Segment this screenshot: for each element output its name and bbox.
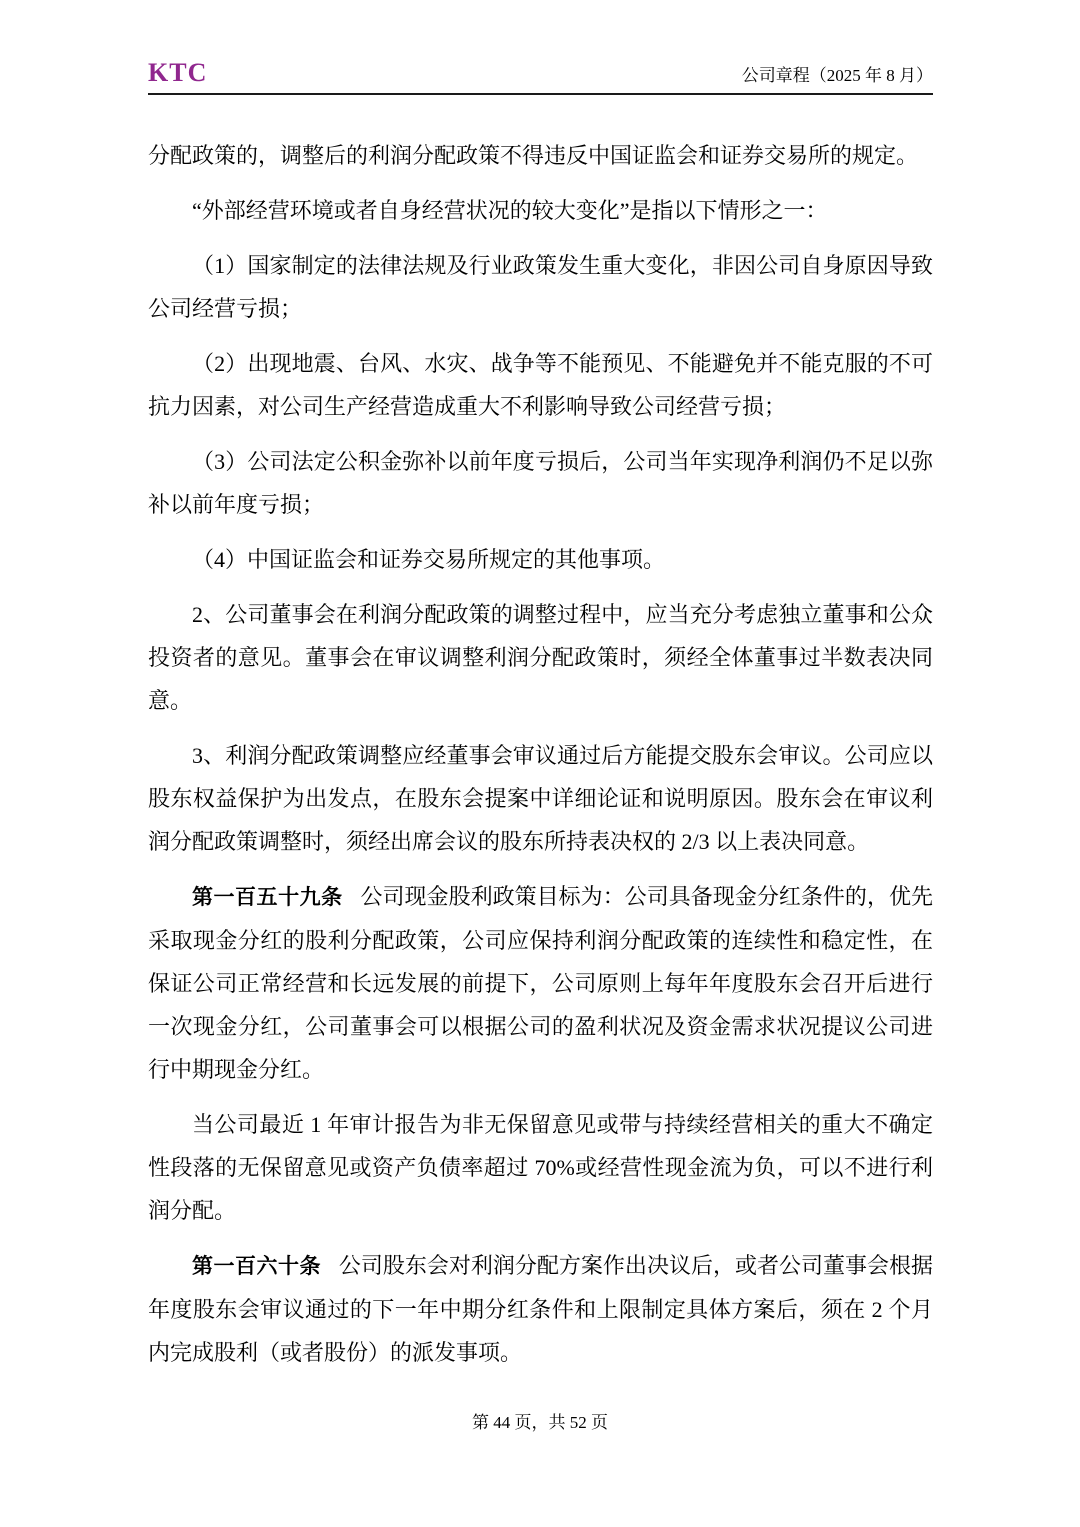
paragraph-text: 分配政策的，调整后的利润分配政策不得违反中国证监会和证券交易所的规定。 [148,143,918,168]
paragraph-text: 2、公司董事会在利润分配政策的调整过程中，应当充分考虑独立董事和公众投资者的意见… [148,602,933,713]
article-number: 第一百六十条 [192,1255,321,1278]
paragraph-text: （2）出现地震、台风、水灾、战争等不能预见、不能避免并不能克服的不可抗力因素，对… [148,351,933,419]
paragraph: 当公司最近 1 年审计报告为非无保留意见或带与持续经营相关的重大不确定性段落的无… [148,1103,933,1232]
paragraph: （3）公司法定公积金弥补以前年度亏损后，公司当年实现净利润仍不足以弥补以前年度亏… [148,440,933,526]
page-header: KTC 公司章程（2025 年 8 月） [148,60,933,95]
paragraph-text: “外部经营环境或者自身经营状况的较大变化”是指以下情形之一： [192,198,828,223]
paragraph-text: 当公司最近 1 年审计报告为非无保留意见或带与持续经营相关的重大不确定性段落的无… [148,1112,933,1223]
document-title: 公司章程（2025 年 8 月） [742,67,933,84]
paragraph: 第一百五十九条公司现金股利政策目标为：公司具备现金分红条件的，优先采取现金分红的… [148,875,933,1091]
paragraph: （1）国家制定的法律法规及行业政策发生重大变化，非因公司自身原因导致公司经营亏损… [148,244,933,330]
company-logo: KTC [148,60,207,86]
article-number: 第一百五十九条 [192,886,343,909]
paragraph-text: 3、利润分配政策调整应经董事会审议通过后方能提交股东会审议。公司应以股东权益保护… [148,743,933,854]
paragraph-text: 公司现金股利政策目标为：公司具备现金分红条件的，优先采取现金分红的股利分配政策，… [148,884,933,1082]
paragraph-text: （1）国家制定的法律法规及行业政策发生重大变化，非因公司自身原因导致公司经营亏损… [148,253,933,321]
paragraph-text: （3）公司法定公积金弥补以前年度亏损后，公司当年实现净利润仍不足以弥补以前年度亏… [148,449,933,517]
page-number: 第 44 页，共 52 页 [472,1413,608,1432]
paragraph: （2）出现地震、台风、水灾、战争等不能预见、不能避免并不能克服的不可抗力因素，对… [148,342,933,428]
page-footer: 第 44 页，共 52 页 [0,1408,1080,1433]
document-page: KTC 公司章程（2025 年 8 月） 分配政策的，调整后的利润分配政策不得违… [0,0,1080,1527]
paragraph-text: （4）中国证监会和证券交易所规定的其他事项。 [192,547,665,572]
paragraph: 第一百六十条公司股东会对利润分配方案作出决议后，或者公司董事会根据年度股东会审议… [148,1244,933,1374]
paragraph: 3、利润分配政策调整应经董事会审议通过后方能提交股东会审议。公司应以股东权益保护… [148,734,933,863]
paragraph: “外部经营环境或者自身经营状况的较大变化”是指以下情形之一： [148,189,933,232]
paragraph: （4）中国证监会和证券交易所规定的其他事项。 [148,538,933,581]
paragraph: 分配政策的，调整后的利润分配政策不得违反中国证监会和证券交易所的规定。 [148,134,933,177]
document-body: 分配政策的，调整后的利润分配政策不得违反中国证监会和证券交易所的规定。 “外部经… [148,134,933,1386]
paragraph: 2、公司董事会在利润分配政策的调整过程中，应当充分考虑独立董事和公众投资者的意见… [148,593,933,722]
